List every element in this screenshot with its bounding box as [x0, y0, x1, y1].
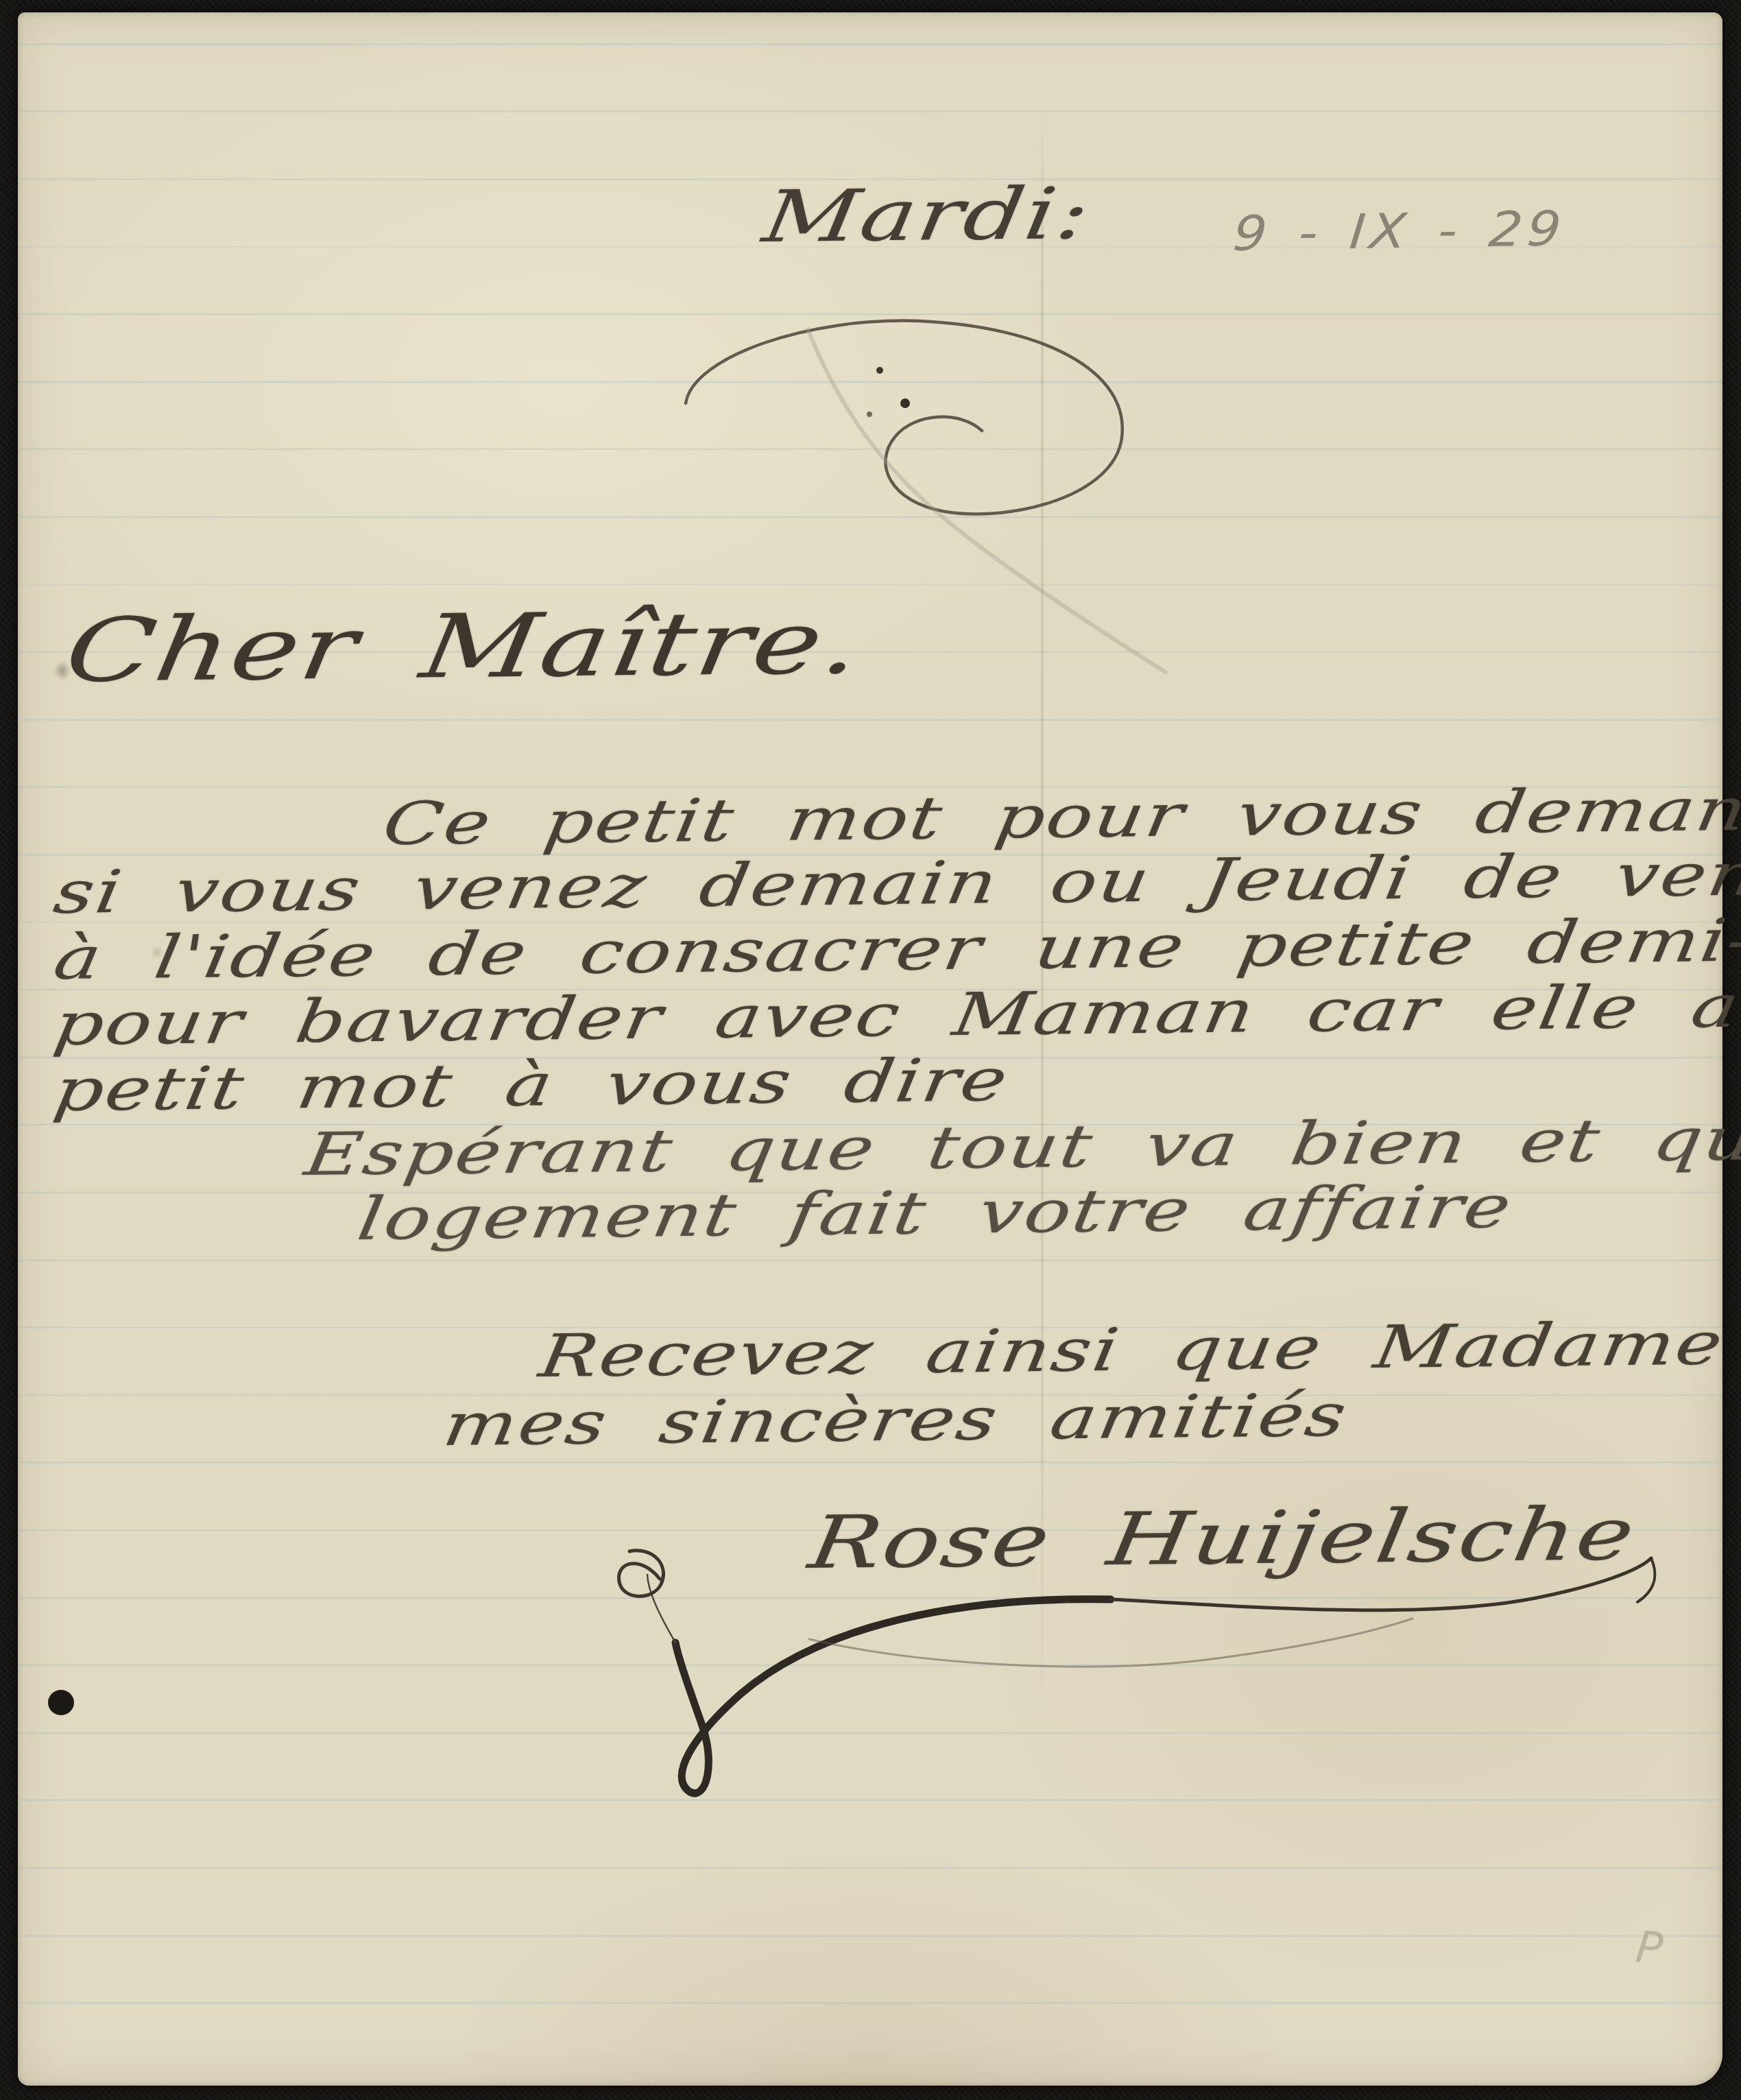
closing-line: Recevez ainsi que Madame [535, 1310, 1729, 1391]
pencil-corner-mark: P [1633, 1922, 1666, 1975]
signature: Rose Huijelsche [804, 1492, 1642, 1585]
date-weekday: Mardi: [758, 171, 1097, 259]
salutation: Cher Maître. [59, 592, 869, 702]
body-line: petit mot à vous dire [49, 1046, 1013, 1125]
body-line: logement fait votre affaire [353, 1173, 1517, 1254]
photo-background: Mardi: 9 - IX - 29 Cher Maître. Ce petit… [0, 0, 1741, 2100]
closing-line: mes sincères amitiés [439, 1381, 1352, 1459]
date-numeric-pencil: 9 - IX - 29 [1231, 200, 1568, 262]
punch-hole-dot [48, 1690, 74, 1715]
